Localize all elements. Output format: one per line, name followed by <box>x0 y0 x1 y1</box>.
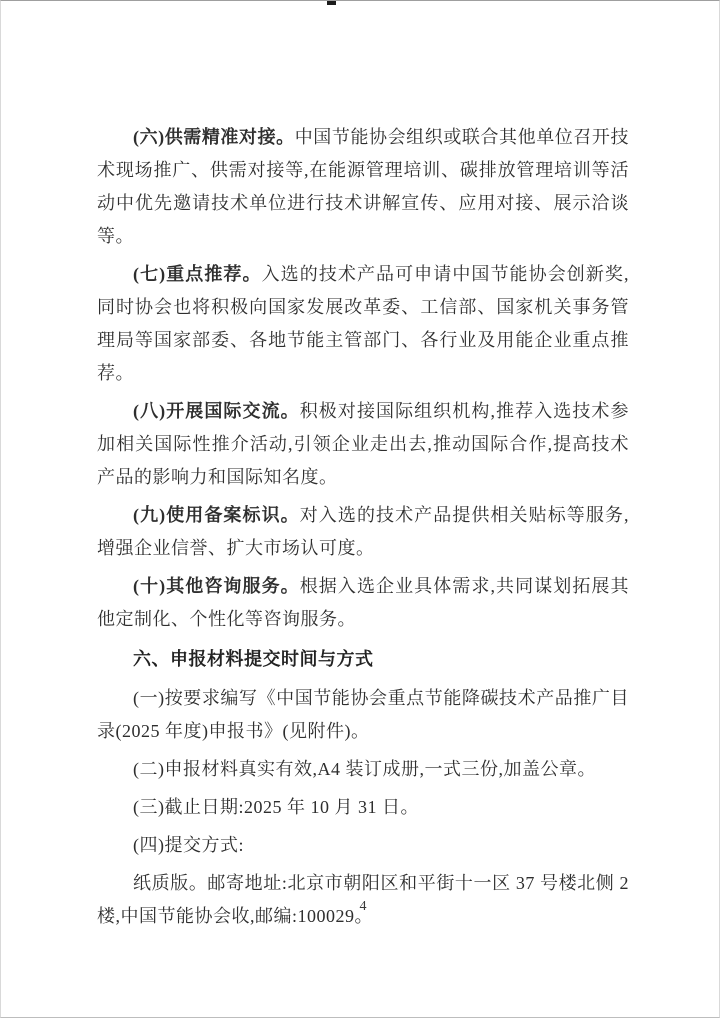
document-page: (六)供需精准对接。中国节能协会组织或联合其他单位召开技术现场推广、供需对接等,… <box>0 0 720 1018</box>
document-body: (六)供需精准对接。中国节能协会组织或联合其他单位召开技术现场推广、供需对接等,… <box>97 121 629 938</box>
item-10-lead: (十)其他咨询服务。 <box>133 576 300 596</box>
item-8-lead: (八)开展国际交流。 <box>133 401 300 421</box>
paragraph-item-6: (六)供需精准对接。中国节能协会组织或联合其他单位召开技术现场推广、供需对接等,… <box>97 121 629 253</box>
paragraph-item-7: (七)重点推荐。入选的技术产品可申请中国节能协会创新奖,同时协会也将积极向国家发… <box>97 258 629 390</box>
paragraph-sub-2: (二)申报材料真实有效,A4 装订成册,一式三份,加盖公章。 <box>97 753 629 786</box>
paragraph-sub-1: (一)按要求编写《中国节能协会重点节能降碳技术产品推广目录(2025 年度)申报… <box>97 682 629 748</box>
paragraph-item-8: (八)开展国际交流。积极对接国际组织机构,推荐入选技术参加相关国际性推介活动,引… <box>97 395 629 494</box>
item-6-lead: (六)供需精准对接。 <box>133 127 295 147</box>
paragraph-sub-4: (四)提交方式: <box>97 829 629 862</box>
page-number: 4 <box>97 899 629 915</box>
paragraph-item-9: (九)使用备案标识。对入选的技术产品提供相关贴标等服务,增强企业信誉、扩大市场认… <box>97 499 629 565</box>
item-9-lead: (九)使用备案标识。 <box>133 505 300 525</box>
paragraph-sub-3: (三)截止日期:2025 年 10 月 31 日。 <box>97 791 629 824</box>
section-heading-6: 六、申报材料提交时间与方式 <box>97 643 629 676</box>
scan-artifact-mark <box>327 1 336 5</box>
item-7-lead: (七)重点推荐。 <box>133 264 262 284</box>
paragraph-item-10: (十)其他咨询服务。根据入选企业具体需求,共同谋划拓展其他定制化、个性化等咨询服… <box>97 570 629 636</box>
